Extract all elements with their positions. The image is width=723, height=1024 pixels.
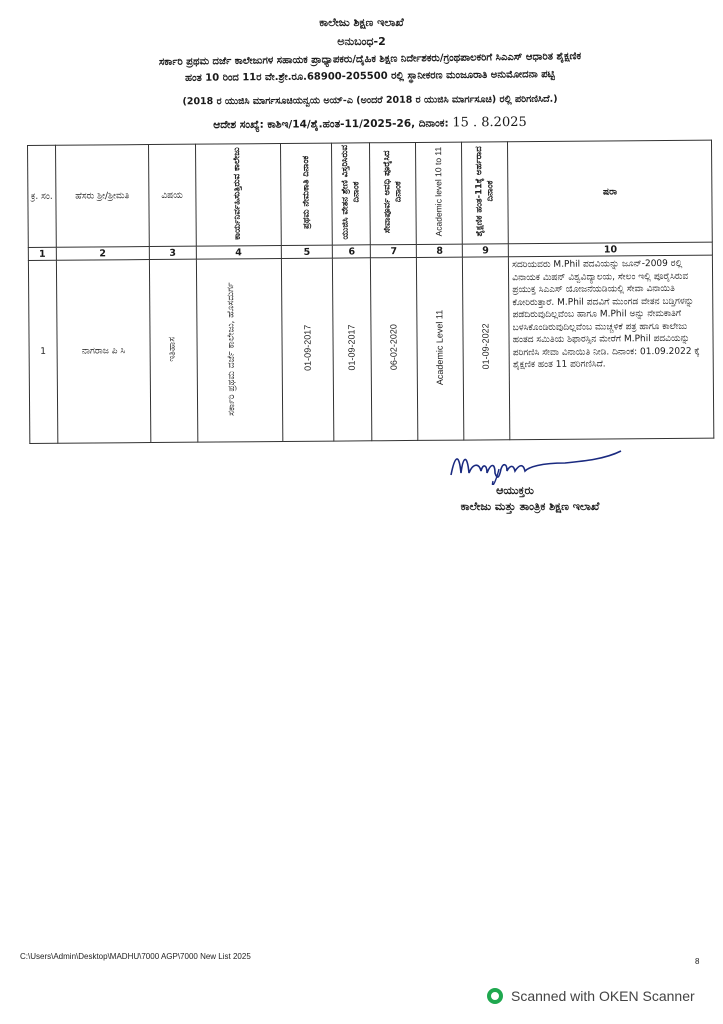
order-date: 15 . 8.2025 bbox=[452, 115, 527, 131]
col-num: 7 bbox=[371, 244, 417, 257]
order-number: ಆದೇಶ ಸಂಖ್ಯೆ: ಕಾಶಿಇ/14/ಶೈ.ಹಂತ-11/2025-26,… bbox=[120, 114, 620, 132]
signatory-department: ಕಾಲೇಜು ಮತ್ತು ತಾಂತ್ರಿಕ ಶಿಕ್ಷಣ ಇಲಾಖೆ bbox=[400, 500, 660, 514]
col-header-sl: ಕ್ರ. ಸಂ. bbox=[28, 145, 57, 247]
ugc-note: (2018 ರ ಯುಜಿಸಿ ಮಾರ್ಗಸೂಚಿಯನ್ವಯ ಅಯ್-ಎ (ಅಂದ… bbox=[40, 93, 700, 109]
order-label: ಆದೇಶ ಸಂಖ್ಯೆ: ಕಾಶಿಇ/14/ಶೈ.ಹಂತ-11/2025-26,… bbox=[213, 117, 448, 131]
approval-table: ಕ್ರ. ಸಂ. ಹೆಸರು ಶ್ರೀ/ಶ್ರೀಮತಿ ವಿಷಯ ಕಾರ್ಯನಿ… bbox=[27, 140, 714, 444]
cell-eligible-date: 01-09-2022 bbox=[463, 257, 510, 440]
file-path: C:\Users\Admin\Desktop\MADHU\7000 AGP\70… bbox=[20, 952, 251, 961]
title-line-2: ಹಂತ 10 ರಿಂದ 11ರ ವೇ.ಶ್ರೇ.ರೂ.68900-205500 … bbox=[30, 67, 710, 85]
col-num: 1 bbox=[28, 247, 56, 260]
col-header-service-completion: ಸೇವಾಪೂರ್ವ ಅವಧಿ ಪೂರೈಸಿದ ದಿನಾಂಕ bbox=[370, 142, 417, 244]
signature-icon bbox=[445, 445, 625, 485]
cell-service-completion: 06-02-2020 bbox=[371, 257, 418, 440]
col-header-academic-level: Academic level 10 to 11 bbox=[416, 142, 463, 244]
table-row: 1 ನಾಗರಾಜ ಪಿ ಸಿ ಇತಿಹಾಸ ಸರ್ಕಾರಿ ಪ್ರಥಮ ದರ್ಜ… bbox=[28, 255, 713, 443]
col-num: 2 bbox=[56, 247, 149, 261]
cell-ugc-scale-date: 01-09-2017 bbox=[333, 258, 372, 441]
col-header-subject: ವಿಷಯ bbox=[148, 144, 196, 246]
col-num: 8 bbox=[417, 244, 463, 257]
annexure-heading: ಅನುಬಂಧ-2 bbox=[0, 35, 723, 49]
oken-logo-icon bbox=[487, 988, 503, 1004]
scanner-text: Scanned with OKEN Scanner bbox=[511, 988, 695, 1004]
cell-subject: ಇತಿಹಾಸ bbox=[149, 259, 197, 442]
cell-first-appointment: 01-09-2017 bbox=[281, 258, 334, 441]
col-header-college: ಕಾರ್ಯನಿರ್ವಹಿಸುತ್ತಿರುವ ಕಾಲೇಜು bbox=[195, 144, 281, 247]
table-header-row: ಕ್ರ. ಸಂ. ಹೆಸರು ಶ್ರೀ/ಶ್ರೀಮತಿ ವಿಷಯ ಕಾರ್ಯನಿ… bbox=[28, 140, 713, 247]
col-num: 9 bbox=[463, 244, 509, 257]
col-num: 6 bbox=[333, 245, 371, 258]
page-number: 8 bbox=[695, 957, 699, 966]
cell-remarks: ಸದರಿಯವರು M.Phil ಪದವಿಯನ್ನು ಜೂನ್-2009 ರಲ್ಲ… bbox=[509, 255, 714, 440]
col-num: 3 bbox=[149, 246, 196, 259]
department-heading: ಕಾಲೇಜು ಶಿಕ್ಷಣ ಇಲಾಖೆ bbox=[0, 16, 723, 30]
cell-college: ಸರ್ಕಾರಿ ಪ್ರಥಮ ದರ್ಜೆ ಕಾಲೇಜು, ಹೊಸದುರ್ಗ bbox=[196, 259, 282, 443]
col-num: 5 bbox=[281, 245, 333, 258]
title-line-1: ಸರ್ಕಾರಿ ಪ್ರಥಮ ದರ್ಜೆ ಕಾಲೇಜುಗಳ ಸಹಾಯಕ ಪ್ರಾಧ… bbox=[20, 49, 720, 70]
scanner-watermark: Scanned with OKEN Scanner bbox=[487, 988, 695, 1004]
cell-sl-no: 1 bbox=[28, 260, 57, 443]
col-header-eligible-date: ಶೈಕ್ಷಣಿಕ ಹಂತ-11ಕ್ಕೆ ಅರ್ಹರಾದ ದಿನಾಂಕ bbox=[462, 142, 509, 244]
col-header-ugc-scale: ಯುಜಿಸಿ ವೇತನ ಶ್ರೇಣಿ ವಿಸ್ತರಿಸಿರುವ ದಿನಾಂಕ bbox=[332, 143, 371, 245]
signatory-designation: ಆಯುಕ್ತರು bbox=[400, 484, 630, 498]
col-header-name: ಹೆಸರು ಶ್ರೀ/ಶ್ರೀಮತಿ bbox=[55, 145, 149, 248]
cell-name: ನಾಗರಾಜ ಪಿ ಸಿ bbox=[56, 260, 150, 444]
cell-academic-level: Academic Level 11 bbox=[417, 257, 464, 440]
col-num: 4 bbox=[196, 246, 281, 260]
col-header-remarks: ಷರಾ bbox=[508, 140, 713, 244]
col-header-first-appointment: ಪ್ರಥಮ ನೇಮಕಾತಿ ದಿನಾಂಕ bbox=[280, 143, 333, 245]
